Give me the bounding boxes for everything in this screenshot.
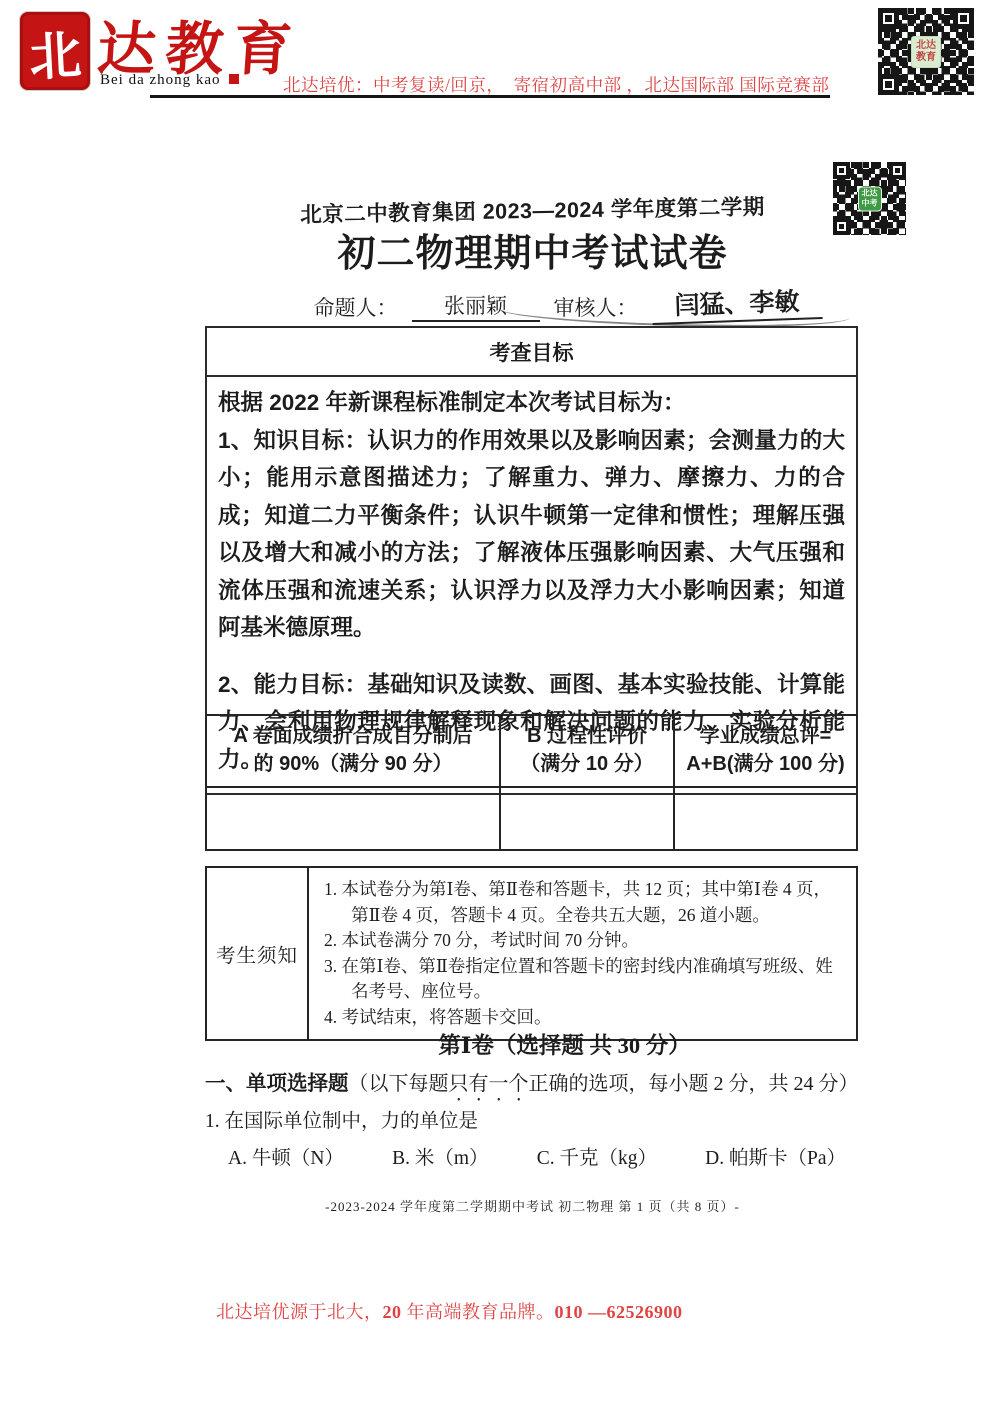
qr-finder-icon xyxy=(833,218,850,235)
seal-character: 北 xyxy=(27,12,83,90)
score-column-header: 学业成绩总评= A+B(满分 100 分) xyxy=(675,716,856,786)
footer-tagline: 北达培优源于北大，20 年高端教育品牌。010 —62526900 xyxy=(216,1298,683,1324)
emphasized-text: 只有一个 xyxy=(449,1073,529,1095)
qr-finder-icon xyxy=(889,162,906,179)
option-c: C. 千克（kg） xyxy=(537,1142,657,1170)
qr-code-small-icon: 北达 中考 xyxy=(833,162,906,235)
option-b: B. 米（m） xyxy=(392,1142,488,1170)
header-divider xyxy=(150,95,830,98)
notice-item: 2. 本试卷满分 70 分，考试时间 70 分钟。 xyxy=(324,928,846,954)
notice-item: 3. 在第Ⅰ卷、第Ⅱ卷指定位置和答题卡的密封线内准确填写班级、姓名考号、座位号。 xyxy=(324,954,846,1005)
notice-label: 考生须知 xyxy=(207,868,309,1039)
brand-slogan: 北达培优：中考复读/回京， 寄宿初高中部 ，北达国际部 国际竞赛部 xyxy=(283,72,843,97)
score-table-header-row: A 卷面成绩折合成百分制后 的 90%（满分 90 分） B 过程性评价 （满分… xyxy=(207,716,856,786)
exam-title: 初二物理期中考试试卷 xyxy=(205,222,860,277)
score-table: A 卷面成绩折合成百分制后 的 90%（满分 90 分） B 过程性评价 （满分… xyxy=(205,714,858,851)
option-a: A. 牛顿（N） xyxy=(228,1142,344,1170)
qr-center-badge: 北达 教育 xyxy=(911,36,941,68)
score-table-empty-row xyxy=(207,786,856,849)
qr-finder-icon xyxy=(953,8,974,29)
qr-finder-icon xyxy=(833,162,850,179)
notice-item: 4. 考试结束，将答题卡交回。 xyxy=(324,1005,846,1031)
score-column-header: A 卷面成绩折合成百分制后 的 90%（满分 90 分） xyxy=(207,716,501,786)
qr-finder-icon xyxy=(878,74,899,95)
score-empty-cell xyxy=(675,788,856,849)
notice-items: 1. 本试卷分为第Ⅰ卷、第Ⅱ卷和答题卡，共 12 页；其中第Ⅰ卷 4 页，第Ⅱ卷… xyxy=(309,868,856,1039)
option-d: D. 帕斯卡（Pa） xyxy=(705,1142,846,1170)
notice-item: 1. 本试卷分为第Ⅰ卷、第Ⅱ卷和答题卡，共 12 页；其中第Ⅰ卷 4 页，第Ⅱ卷… xyxy=(324,877,846,928)
score-column-header: B 过程性评价 （满分 10 分） xyxy=(501,716,675,786)
qr-finder-icon xyxy=(878,8,899,29)
notice-table: 考生须知 1. 本试卷分为第Ⅰ卷、第Ⅱ卷和答题卡，共 12 页；其中第Ⅰ卷 4 … xyxy=(205,866,858,1041)
section1-heading: 第Ⅰ卷（选择题 共 30 分） xyxy=(237,1028,892,1060)
objectives-item: 1、知识目标：认识力的作用效果以及影响因素；会测量力的大小；能用示意图描述力；了… xyxy=(218,422,845,647)
setter-label: 命题人： xyxy=(314,292,398,322)
score-empty-cell xyxy=(207,788,501,849)
qr-code-icon: 北达 教育 xyxy=(878,8,974,95)
objectives-intro: 根据 2022 年新课程标准制定本次考试目标为： xyxy=(218,384,845,422)
score-empty-cell xyxy=(501,788,675,849)
part1-heading: 一、单项选择题（以下每题只有一个正确的选项，每小题 2 分，共 24 分） xyxy=(205,1066,885,1106)
phone-number: 010 —62526900 xyxy=(555,1302,683,1322)
qr-center-badge: 北达 中考 xyxy=(858,186,882,211)
brand-subtext: Bei da zhong kao xyxy=(100,72,239,89)
brand-seal-logo: 北 xyxy=(20,12,90,90)
question-1-options: A. 牛顿（N） B. 米（m） C. 千克（kg） D. 帕斯卡（Pa） xyxy=(228,1142,846,1170)
question-1: 1. 在国际单位制中，力的单位是 xyxy=(205,1105,478,1133)
red-square-icon xyxy=(229,74,239,84)
scanned-exam-page: 北 达教育 Bei da zhong kao 北达培优：中考复读/回京， 寄宿初… xyxy=(0,0,992,1403)
page-footer: -2023-2024 学年度第二学期期中考试 初二物理 第 1 页（共 8 页）… xyxy=(205,1196,860,1215)
part1-label: 一、单项选择题 xyxy=(205,1073,349,1095)
objectives-header: 考查目标 xyxy=(207,328,856,377)
